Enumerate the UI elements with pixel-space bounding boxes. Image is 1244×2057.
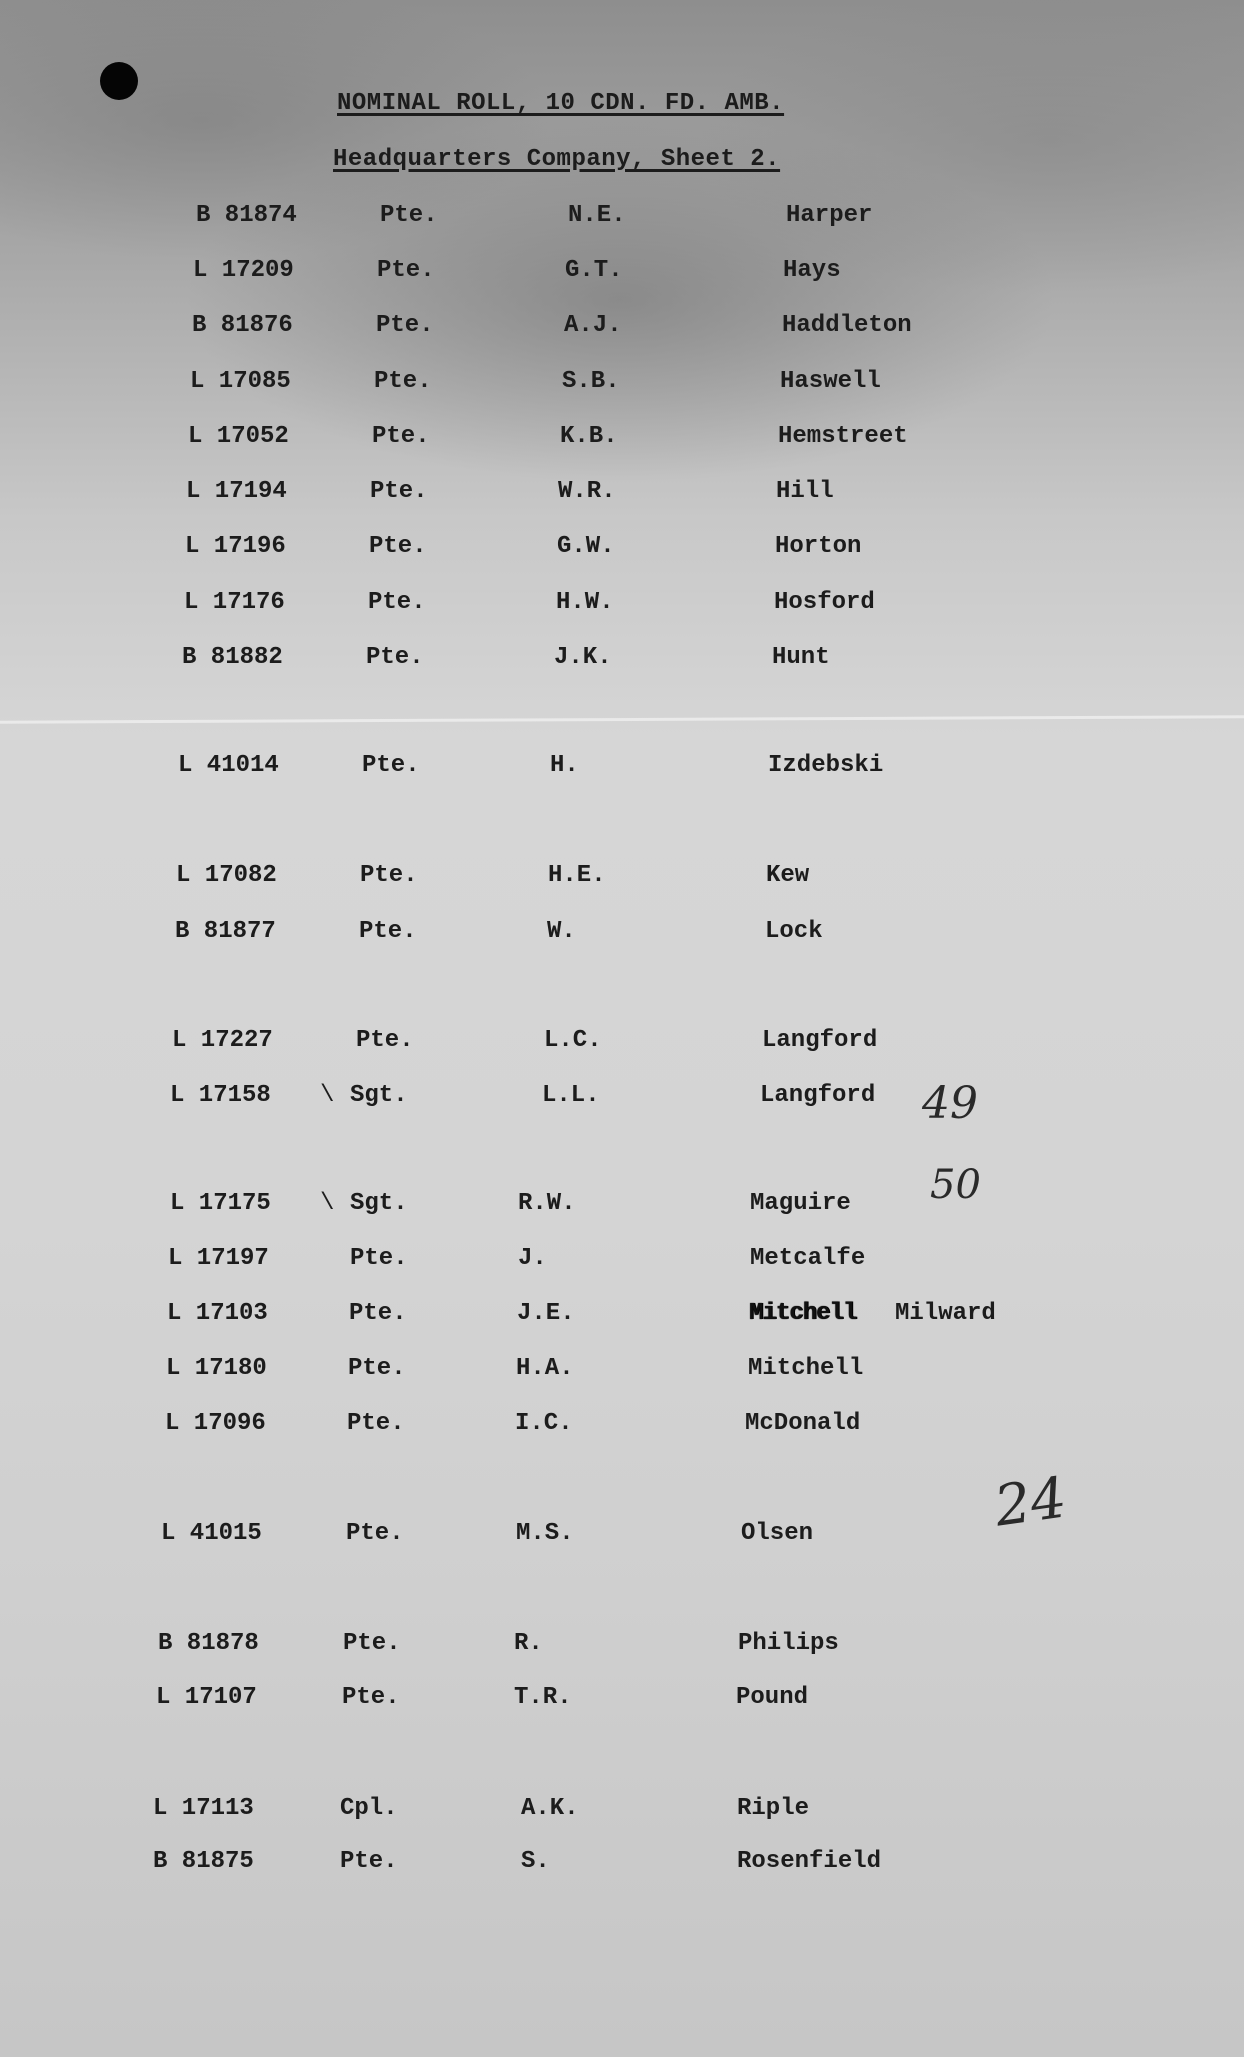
rank: Pte. (342, 1684, 400, 1711)
initials: L.C. (544, 1027, 602, 1054)
surname: Langford (760, 1082, 875, 1109)
regimental-number: B 81882 (182, 644, 283, 671)
initials: H.E. (548, 862, 606, 889)
surname: Haswell (780, 368, 881, 395)
regimental-number: B 81878 (158, 1630, 259, 1657)
regimental-number: L 17096 (165, 1410, 266, 1437)
rank: Pte. (362, 752, 420, 779)
handwritten-count-49: 49 (922, 1078, 978, 1129)
initials: A.J. (564, 312, 622, 339)
rank: Pte. (370, 478, 428, 505)
rank: Pte. (350, 1245, 408, 1272)
struck-out-surname: Mitchell (749, 1300, 856, 1327)
surname: McDonald (745, 1410, 860, 1437)
surname: Langford (762, 1027, 877, 1054)
surname: Izdebski (768, 752, 883, 779)
surname: Lock (765, 918, 823, 945)
initials: R.W. (518, 1190, 576, 1217)
surname: Pound (736, 1684, 808, 1711)
rank: Pte. (376, 312, 434, 339)
surname: Metcalfe (750, 1245, 865, 1272)
regimental-number: B 81876 (192, 312, 293, 339)
initials: H. (550, 752, 579, 779)
surname: Hemstreet (778, 423, 908, 450)
regimental-number: L 17082 (176, 862, 277, 889)
surname: Kew (766, 862, 809, 889)
initials: K.B. (560, 423, 618, 450)
rank: Pte. (377, 257, 435, 284)
rank: Pte. (372, 423, 430, 450)
rank: Pte. (346, 1520, 404, 1547)
surname: Rosenfield (737, 1848, 881, 1875)
surname: Haddleton (782, 312, 912, 339)
handwritten-count-24: 24 (991, 1465, 1071, 1539)
pencil-tick-mark: \ (320, 1082, 334, 1109)
regimental-number: B 81875 (153, 1848, 254, 1875)
initials: G.W. (557, 533, 615, 560)
regimental-number: B 81874 (196, 202, 297, 229)
rank: Pte. (360, 862, 418, 889)
surname: Milward (895, 1300, 996, 1327)
initials: I.C. (515, 1410, 573, 1437)
initials: H.A. (516, 1355, 574, 1382)
regimental-number: L 17197 (168, 1245, 269, 1272)
handwritten-count-50: 50 (930, 1162, 981, 1208)
surname: Mitchell (748, 1355, 863, 1382)
regimental-number: L 17194 (186, 478, 287, 505)
surname: Hunt (772, 644, 830, 671)
surname: Horton (775, 533, 861, 560)
rank: Pte. (347, 1410, 405, 1437)
rank: Sgt. (350, 1190, 408, 1217)
rank: Pte. (366, 644, 424, 671)
rank: Pte. (374, 368, 432, 395)
regimental-number: L 17085 (190, 368, 291, 395)
surname: Philips (738, 1630, 839, 1657)
initials: H.W. (556, 589, 614, 616)
surname: Harper (786, 202, 872, 229)
regimental-number: L 17113 (153, 1795, 254, 1822)
rank: Pte. (368, 589, 426, 616)
initials: S.B. (562, 368, 620, 395)
rank: Pte. (340, 1848, 398, 1875)
surname: Olsen (741, 1520, 813, 1547)
initials: W. (547, 918, 576, 945)
initials: J.E. (517, 1300, 575, 1327)
regimental-number: L 17175 (170, 1190, 271, 1217)
surname: Maguire (750, 1190, 851, 1217)
surname: Hays (783, 257, 841, 284)
regimental-number: L 41015 (161, 1520, 262, 1547)
regimental-number: L 17103 (167, 1300, 268, 1327)
initials: T.R. (514, 1684, 572, 1711)
regimental-number: L 17107 (156, 1684, 257, 1711)
rank: Pte. (348, 1355, 406, 1382)
rank: Sgt. (350, 1082, 408, 1109)
initials: J. (518, 1245, 547, 1272)
regimental-number: L 17052 (188, 423, 289, 450)
rank: Cpl. (340, 1795, 398, 1822)
rank: Pte. (356, 1027, 414, 1054)
initials: N.E. (568, 202, 626, 229)
document-page: NOMINAL ROLL, 10 CDN. FD. AMB. Headquart… (0, 0, 1244, 2057)
regimental-number: L 17196 (185, 533, 286, 560)
initials: L.L. (542, 1082, 600, 1109)
regimental-number: L 17158 (170, 1082, 271, 1109)
rank: Pte. (349, 1300, 407, 1327)
surname: Riple (737, 1795, 809, 1822)
rank: Pte. (369, 533, 427, 560)
rank: Pte. (343, 1630, 401, 1657)
regimental-number: L 17176 (184, 589, 285, 616)
initials: M.S. (516, 1520, 574, 1547)
regimental-number: L 17180 (166, 1355, 267, 1382)
paper-fold-line (0, 715, 1244, 723)
pencil-tick-mark: \ (320, 1190, 334, 1217)
punch-hole (100, 62, 138, 100)
regimental-number: L 17209 (193, 257, 294, 284)
initials: W.R. (558, 478, 616, 505)
initials: G.T. (565, 257, 623, 284)
regimental-number: B 81877 (175, 918, 276, 945)
rank: Pte. (380, 202, 438, 229)
surname: Hill (776, 478, 834, 505)
initials: J.K. (554, 644, 612, 671)
document-title: NOMINAL ROLL, 10 CDN. FD. AMB. (337, 90, 784, 117)
document-subtitle: Headquarters Company, Sheet 2. (333, 146, 780, 173)
surname: Hosford (774, 589, 875, 616)
rank: Pte. (359, 918, 417, 945)
regimental-number: L 41014 (178, 752, 279, 779)
initials: S. (521, 1848, 550, 1875)
initials: A.K. (521, 1795, 579, 1822)
initials: R. (514, 1630, 543, 1657)
regimental-number: L 17227 (172, 1027, 273, 1054)
